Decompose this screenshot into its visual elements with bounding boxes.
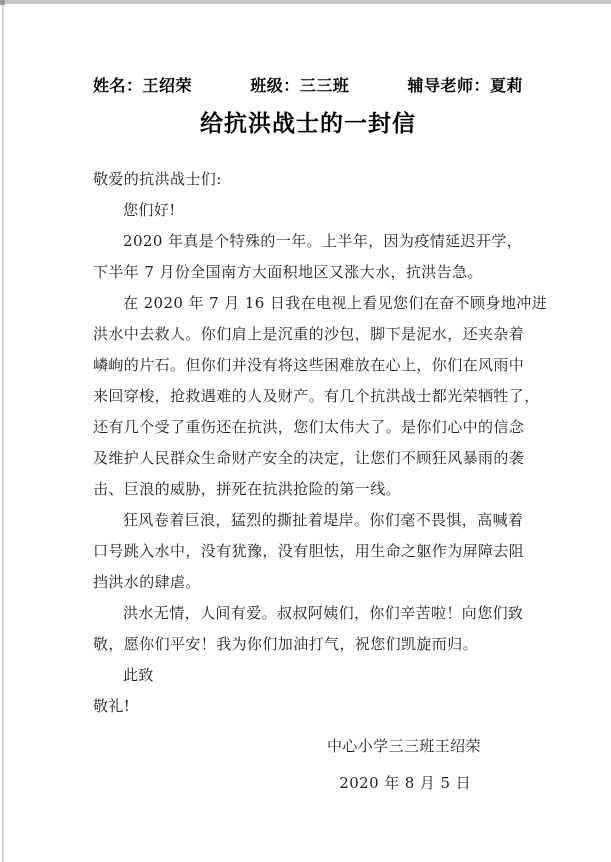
letter-line: 在 2020 年 7 月 16 日我在电视上看见您们在奋不顾身地冲进 <box>93 288 523 319</box>
letter-line: 洪水中去救人。你们肩上是沉重的沙包，脚下是泥水，还夹杂着 <box>93 319 523 350</box>
letter-line: 击、巨浪的威胁，拼死在抗洪抢险的第一线。 <box>93 474 523 505</box>
letter-line: 来回穿梭，抢救遇难的人及财产。有几个抗洪战士都光荣牺牲了， <box>93 381 523 412</box>
letter-line: 此致 <box>93 660 523 691</box>
letter-line: 敬爱的抗洪战士们: <box>93 164 523 195</box>
letter-line: 洪水无情，人间有爱。叔叔阿姨们，你们辛苦啦！向您们致 <box>93 598 523 629</box>
letter-line: 敬，愿你们平安！我为你们加油打气，祝您们凯旋而归。 <box>93 629 523 660</box>
letter-line: 敬礼! <box>93 691 523 722</box>
letter-line: 挡洪水的肆虐。 <box>93 567 523 598</box>
letter-document-page: 姓名：王绍荣 班级：三三班 辅导老师：夏莉 给抗洪战士的一封信 敬爱的抗洪战士们… <box>0 0 611 862</box>
document-content: 姓名：王绍荣 班级：三三班 辅导老师：夏莉 给抗洪战士的一封信 敬爱的抗洪战士们… <box>0 0 611 799</box>
letter-line: 嶙峋的片石。但你们并没有将这些困难放在心上，你们在风雨中 <box>93 350 523 381</box>
page-title: 给抗洪战士的一封信 <box>93 106 523 142</box>
letter-line: 还有几个受了重伤还在抗洪，您们太伟大了。是你们心中的信念 <box>93 412 523 443</box>
letter-body: 敬爱的抗洪战士们: 您们好! 2020 年真是个特殊的一年。上半年，因为疫情延迟… <box>93 164 523 799</box>
letter-line: 口号跳入水中，没有犹豫，没有胆怯，用生命之躯作为屏障去阻 <box>93 536 523 567</box>
letter-line: 2020 年真是个特殊的一年。上半年，因为疫情延迟开学， <box>93 226 523 257</box>
letter-line: 下半年 7 月份全国南方大面积地区又涨大水，抗洪告急。 <box>93 257 523 288</box>
student-class-label: 班级：三三班 <box>250 76 349 96</box>
student-name-label: 姓名：王绍荣 <box>93 76 192 96</box>
teacher-label: 辅导老师：夏莉 <box>407 76 523 96</box>
letter-line: 及维护人民群众生命财产安全的决定，让您们不顾狂风暴雨的袭 <box>93 443 523 474</box>
letter-line: 狂风卷着巨浪，猛烈的撕扯着堤岸。你们毫不畏惧，高喊着 <box>93 505 523 536</box>
date-line: 2020 年 8 月 5 日 <box>93 768 523 799</box>
signature-line: 中心小学三三班王绍荣 <box>93 731 523 762</box>
letter-line: 您们好! <box>93 195 523 226</box>
student-meta-row: 姓名：王绍荣 班级：三三班 辅导老师：夏莉 <box>93 76 523 96</box>
